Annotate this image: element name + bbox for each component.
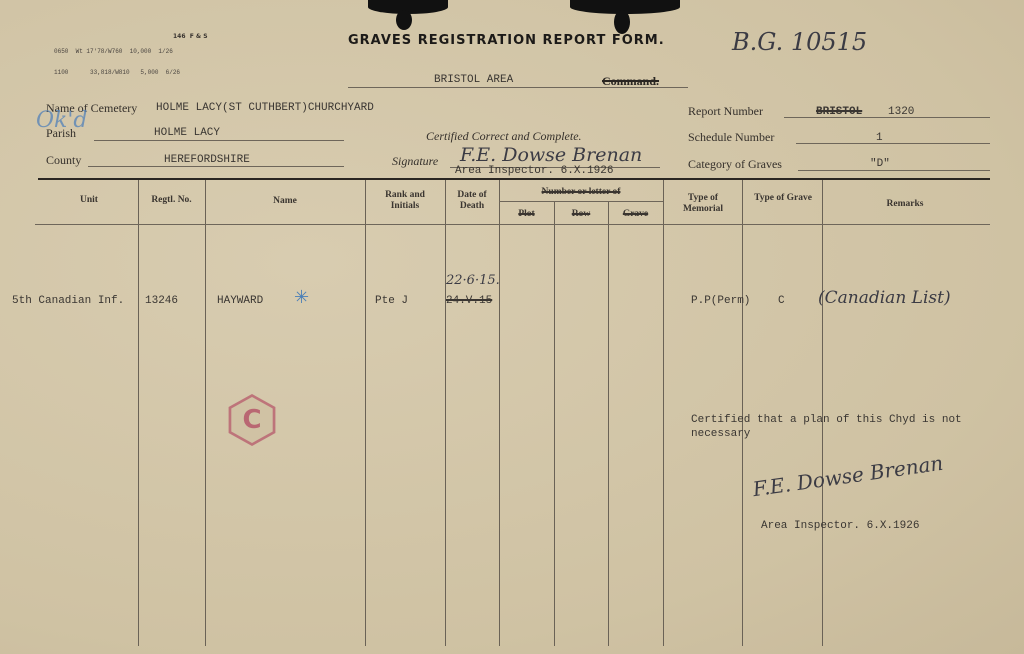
col-header-rank-initials: Rank and Initials — [375, 190, 435, 212]
schedule-number-underline — [796, 143, 990, 144]
col-divider-7 — [608, 202, 609, 646]
subheader-rule — [499, 201, 663, 202]
row-1-remarks: (Canadian List) — [818, 288, 951, 308]
county-value: HEREFORDSHIRE — [164, 154, 250, 166]
schedule-number-label: Schedule Number — [688, 130, 774, 145]
command-label: Command. — [602, 74, 659, 89]
col-header-remarks: Remarks — [822, 199, 988, 210]
col-divider-6 — [554, 202, 555, 646]
category-underline — [798, 170, 990, 171]
col-header-unit: Unit — [40, 195, 138, 206]
report-number-underline — [784, 117, 990, 118]
form-title: GRAVES REGISTRATION REPORT FORM. — [348, 33, 665, 48]
category-value: "D" — [870, 158, 890, 170]
parish-underline — [94, 140, 344, 141]
col-header-type-of-grave: Type of Grave — [752, 193, 814, 204]
col-divider-8 — [663, 180, 664, 646]
col-header-number-or-letter: Number or letter of — [499, 187, 663, 198]
category-label: Category of Graves — [688, 157, 782, 172]
col-header-grave: Grave — [608, 209, 663, 220]
signature-value: F.E. Dowse Brenan — [460, 144, 642, 166]
cemetery-value: HOLME LACY(ST CUTHBERT)CHURCHYARD — [156, 102, 374, 114]
col-header-name: Name — [205, 196, 365, 207]
report-number-struck: BRISTOL — [816, 106, 862, 118]
col-header-plot: Plot — [499, 209, 554, 220]
print-code-line-2: 1100 33,818/W810 5,000 6/26 — [54, 69, 180, 76]
ink-blot-right-drip — [614, 10, 630, 34]
col-divider-10 — [822, 180, 823, 646]
plan-note-line-1: Certified that a plan of this Chyd is no… — [691, 414, 962, 426]
plan-note-line-2: necessary — [691, 428, 750, 440]
row-1-regtl-no: 13246 — [145, 295, 178, 307]
col-divider-5 — [499, 180, 500, 646]
col-divider-9 — [742, 180, 743, 646]
col-header-type-of-memorial: Type of Memorial — [672, 193, 734, 215]
col-divider-3 — [365, 180, 366, 646]
county-label: County — [46, 153, 81, 168]
row-1-date-struck: 24.V.15 — [446, 295, 492, 307]
form-number-value: 146 — [173, 33, 186, 40]
print-code-line-1: 0650 Wt 17'78/W760 10,000 1/26 — [54, 48, 180, 55]
col-divider-1 — [138, 180, 139, 646]
row-1-unit: 5th Canadian Inf. — [12, 295, 124, 307]
col-header-row: Row — [554, 209, 608, 220]
footer-signature: F.E. Dowse Brenan — [751, 451, 944, 501]
print-code: 0650 Wt 17'78/W760 10,000 1/26 1100 33,8… — [54, 34, 180, 83]
handwritten-reference: B.G. 10515 — [732, 28, 867, 56]
row-1-type-of-memorial: P.P(Perm) — [691, 295, 750, 307]
col-header-regtl-no: Regtl. No. — [138, 195, 205, 206]
table-top-rule — [38, 178, 990, 180]
stamp-letter: C — [226, 394, 278, 446]
col-divider-4 — [445, 180, 446, 646]
header-bottom-rule — [35, 224, 990, 225]
blue-annotation: Ok'd — [36, 108, 88, 133]
blue-asterisk-mark: ✳ — [294, 287, 309, 308]
report-number-value: 1320 — [888, 106, 914, 118]
form-series: F & S — [190, 33, 208, 40]
parish-value: HOLME LACY — [154, 127, 220, 139]
footer-inspector-title: Area Inspector. 6.X.1926 — [761, 520, 919, 532]
signature-label: Signature — [392, 154, 438, 169]
col-divider-2 — [205, 180, 206, 646]
report-number-label: Report Number — [688, 104, 763, 119]
row-1-rank-initials: Pte J — [375, 295, 408, 307]
row-1-name: HAYWARD — [217, 295, 263, 307]
ink-blot-left-drip — [396, 10, 412, 30]
county-underline — [88, 166, 344, 167]
area-value: BRISTOL AREA — [434, 74, 513, 86]
certified-text: Certified Correct and Complete. — [426, 129, 582, 144]
signature-typed: Area Inspector. 6.X.1926 — [455, 165, 613, 177]
row-1-date-handwritten: 22·6·15. — [446, 273, 500, 288]
form-number: 146 F & S — [173, 33, 208, 40]
row-1-type-of-grave: C — [778, 295, 785, 307]
schedule-number-value: 1 — [876, 132, 883, 144]
col-header-date-of-death: Date of Death — [448, 190, 496, 212]
